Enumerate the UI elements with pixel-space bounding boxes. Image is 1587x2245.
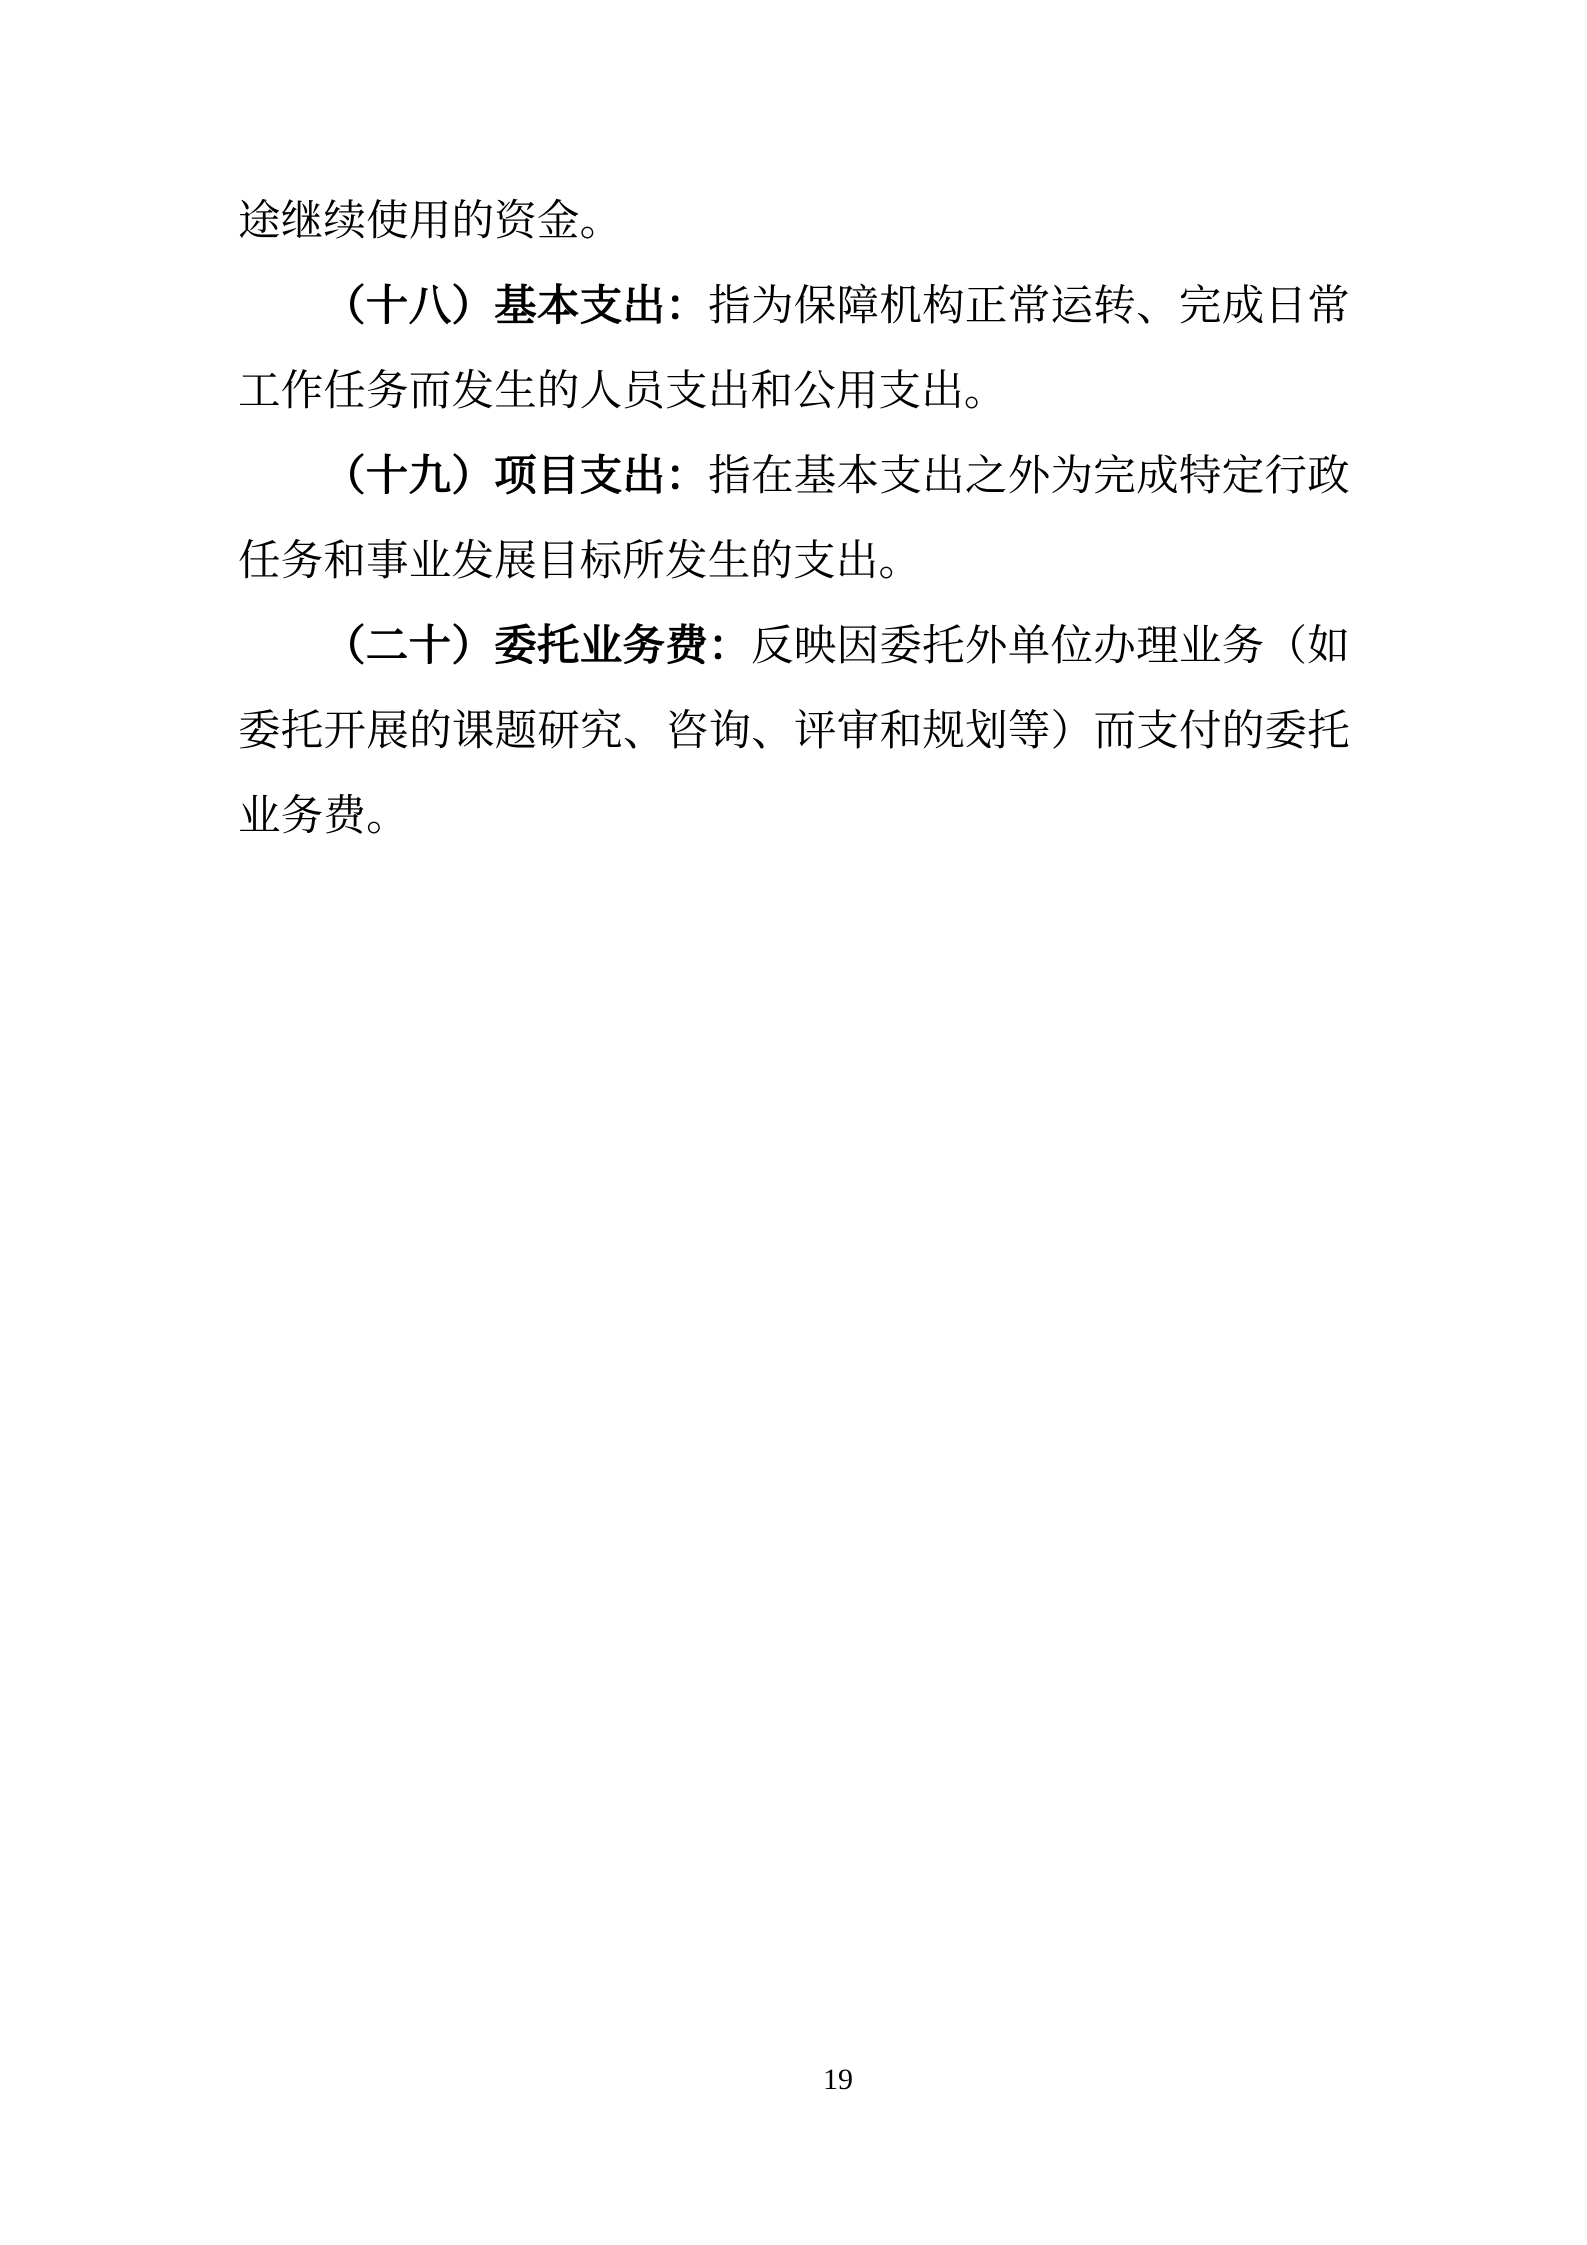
line-text: 指为保障机构正常运转、完成日常: [708, 283, 1350, 330]
line-text: 业务费。: [238, 793, 409, 840]
body-text: 途继续使用的资金。 （十八）基本支出：指为保障机构正常运转、完成日常 工作任务而…: [238, 179, 1350, 859]
text-line: （二十）委托业务费：反映因委托外单位办理业务（如: [238, 604, 1350, 689]
line-text: 反映因委托外单位办理业务（如: [751, 623, 1350, 670]
clause-term: （十九）项目支出：: [323, 453, 708, 500]
text-line: 委托开展的课题研究、咨询、评审和规划等）而支付的委托: [238, 689, 1350, 774]
document-page: 途继续使用的资金。 （十八）基本支出：指为保障机构正常运转、完成日常 工作任务而…: [0, 0, 1587, 2245]
text-line: （十八）基本支出：指为保障机构正常运转、完成日常: [238, 264, 1350, 349]
text-line: 任务和事业发展目标所发生的支出。: [238, 519, 1350, 604]
line-text: 工作任务而发生的人员支出和公用支出。: [238, 368, 1007, 415]
text-line: 途继续使用的资金。: [238, 179, 1350, 264]
line-text: 途继续使用的资金。: [238, 198, 622, 245]
line-text: 委托开展的课题研究、咨询、评审和规划等）而支付的委托: [238, 708, 1350, 755]
page-number: 19: [823, 2063, 853, 2097]
text-line: 业务费。: [238, 774, 1350, 859]
line-text: 指在基本支出之外为完成特定行政: [708, 453, 1350, 500]
text-line: （十九）项目支出：指在基本支出之外为完成特定行政: [238, 434, 1350, 519]
clause-term: （十八）基本支出：: [323, 283, 708, 330]
text-line: 工作任务而发生的人员支出和公用支出。: [238, 349, 1350, 434]
line-text: 任务和事业发展目标所发生的支出。: [238, 538, 921, 585]
clause-term: （二十）委托业务费：: [323, 623, 751, 670]
